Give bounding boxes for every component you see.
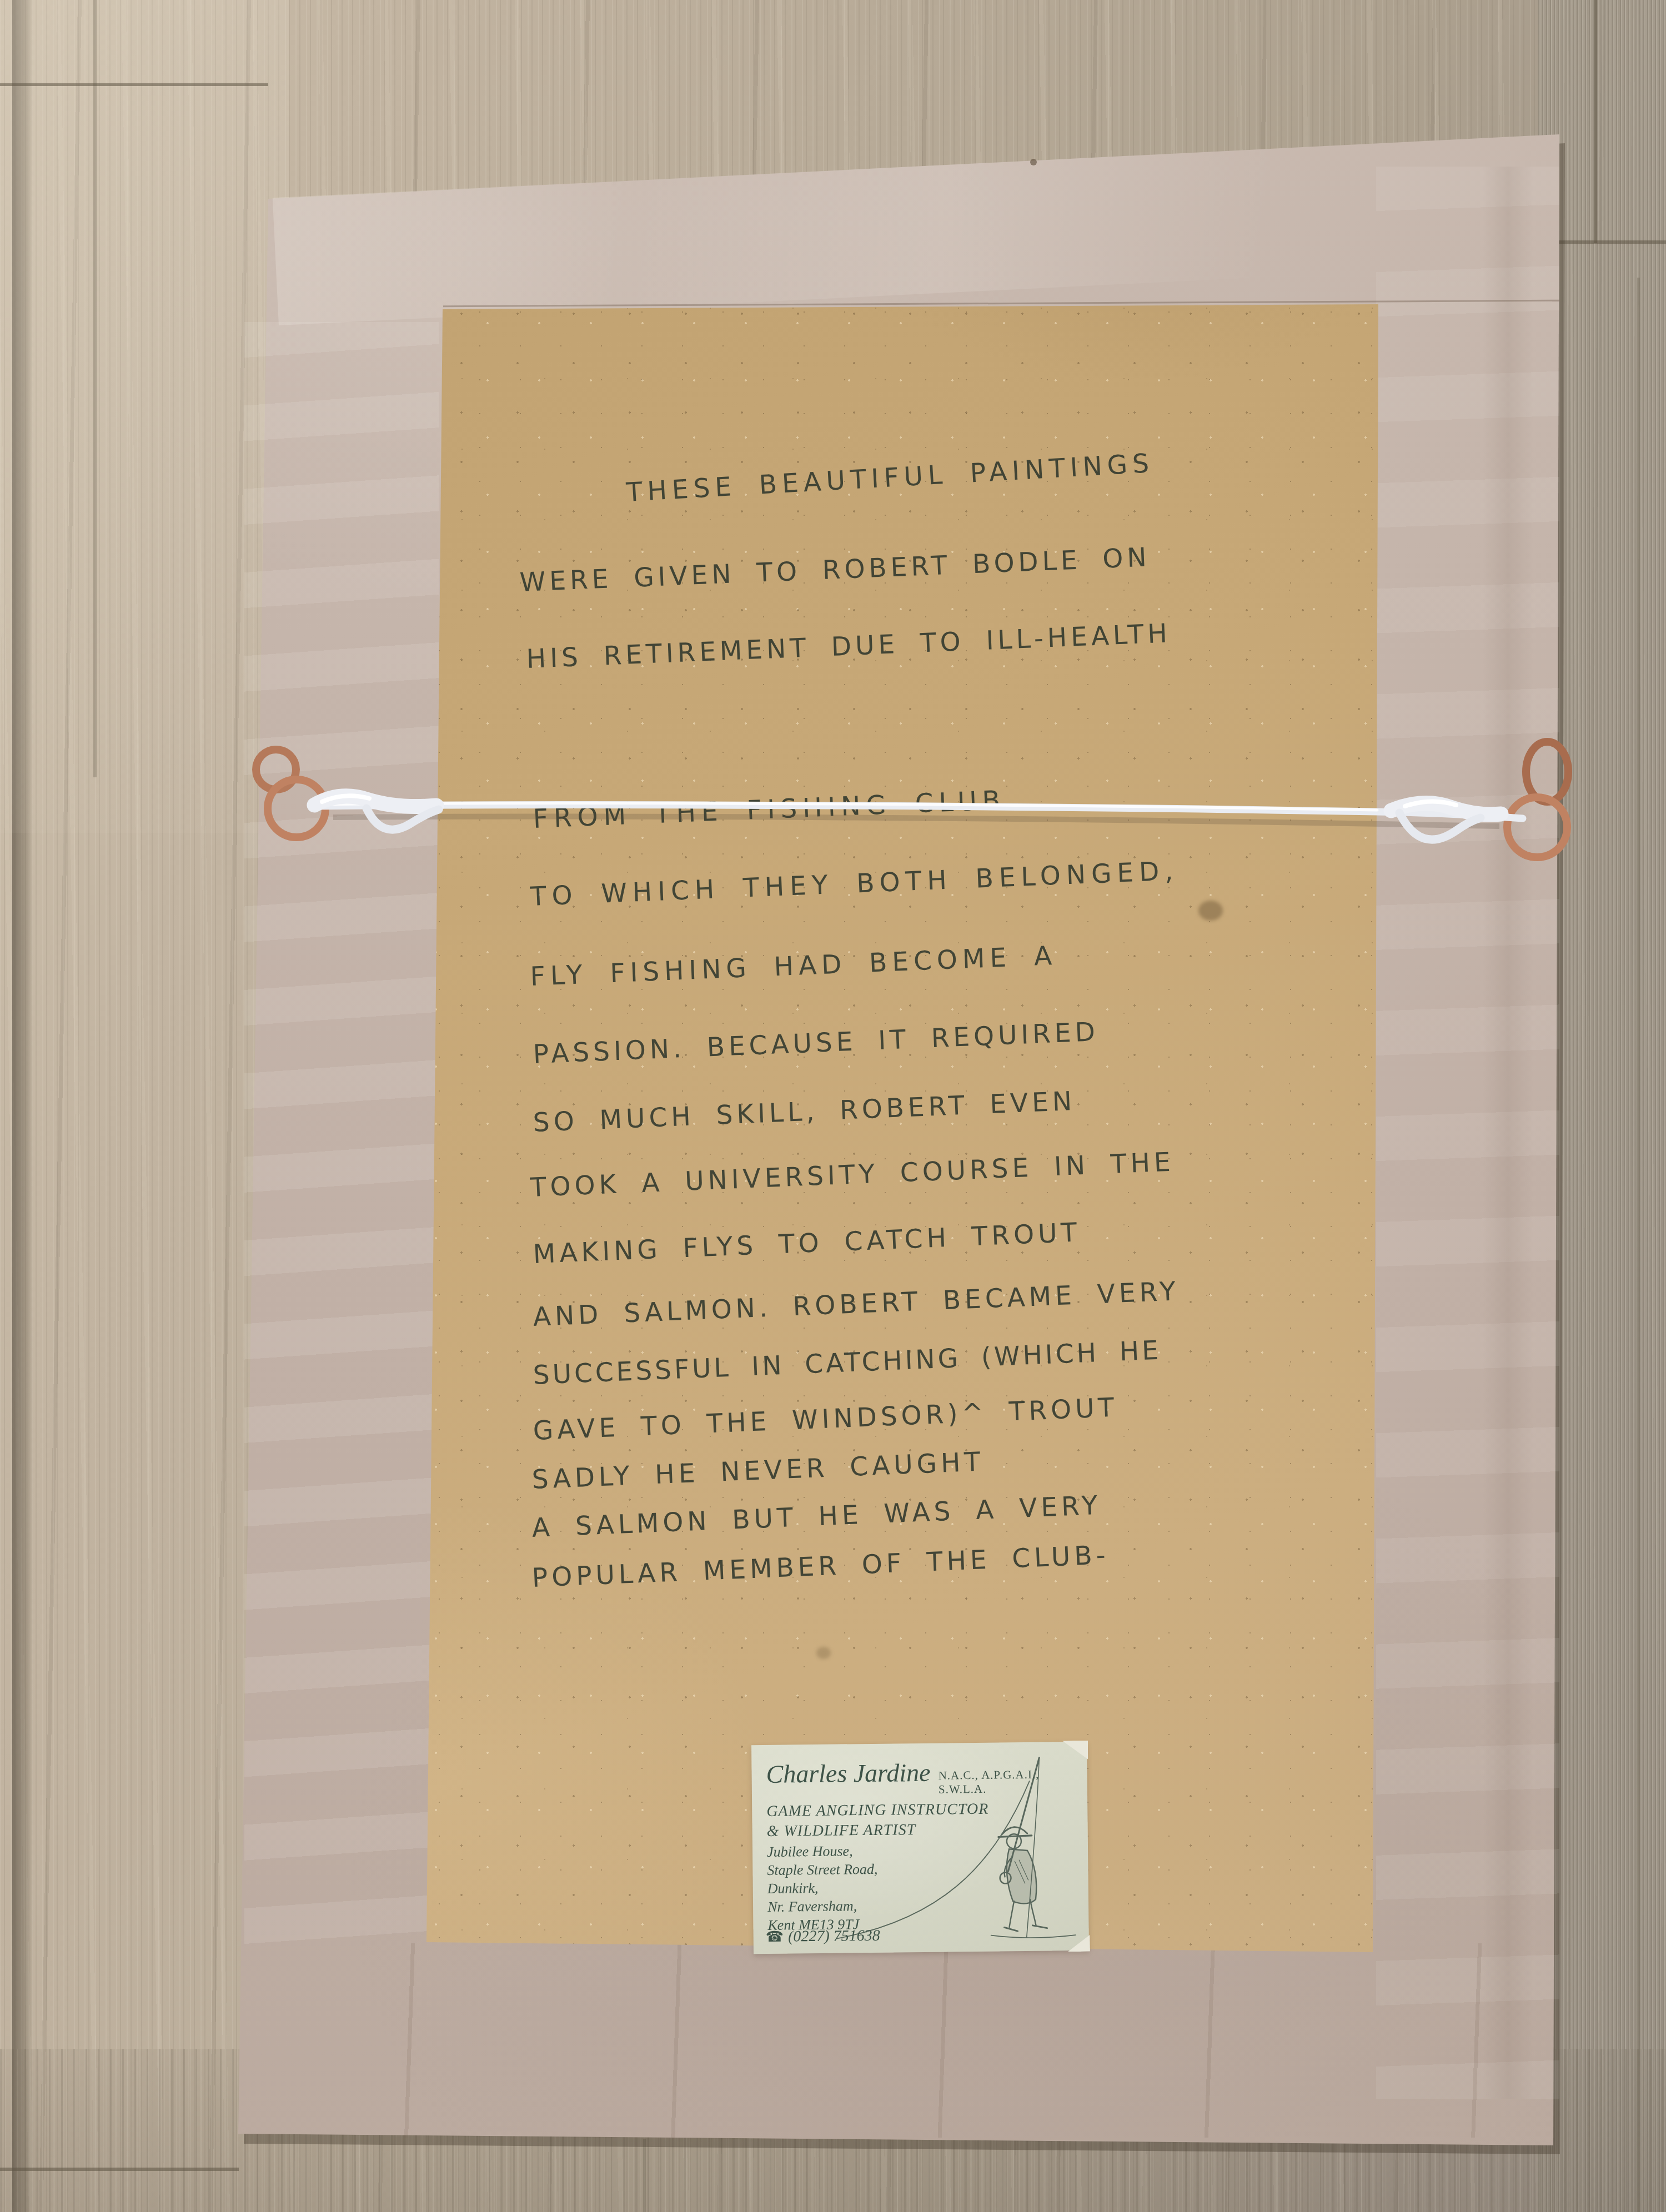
card-role-line: GAME ANGLING INSTRUCTOR [766,1801,988,1821]
card-address-line: Dunkirk, [767,1880,819,1897]
card-name: Charles Jardine [766,1758,931,1789]
telephone-icon: ☎ [766,1929,784,1945]
tape-sheen [1376,167,1559,2099]
card-role-line: & WILDLIFE ARTIST [767,1821,916,1841]
photo-back-of-framed-picture: THESE BEAUTIFUL PAINTINGS WERE GIVEN TO … [0,0,1666,2212]
card-address-line: Jubilee House, [767,1843,853,1861]
dirt-speck [1030,159,1037,165]
card-address-line: Nr. Faversham, [767,1898,857,1916]
plank-seam [0,2168,239,2171]
card-address-line: Staple Street Road, [767,1861,877,1879]
plank-seam [1637,278,1640,2212]
tape-sheen [244,322,439,1960]
card-phone: ☎(0227) 751638 [766,1927,880,1946]
business-card: Charles Jardine N.A.C., A.P.G.A.I., S.W.… [751,1742,1089,1954]
plank-seam [93,0,97,777]
card-phone-number: (0227) 751638 [788,1927,880,1945]
stain [1198,901,1223,921]
stain [816,1647,831,1659]
plank-seam [0,83,268,86]
card-credentials: N.A.C., A.P.G.A.I., S.W.L.A. [939,1767,1088,1797]
plank-seam [643,2139,646,2212]
plank-seam [1594,0,1597,243]
tape-wrinkle [250,1943,1549,2138]
